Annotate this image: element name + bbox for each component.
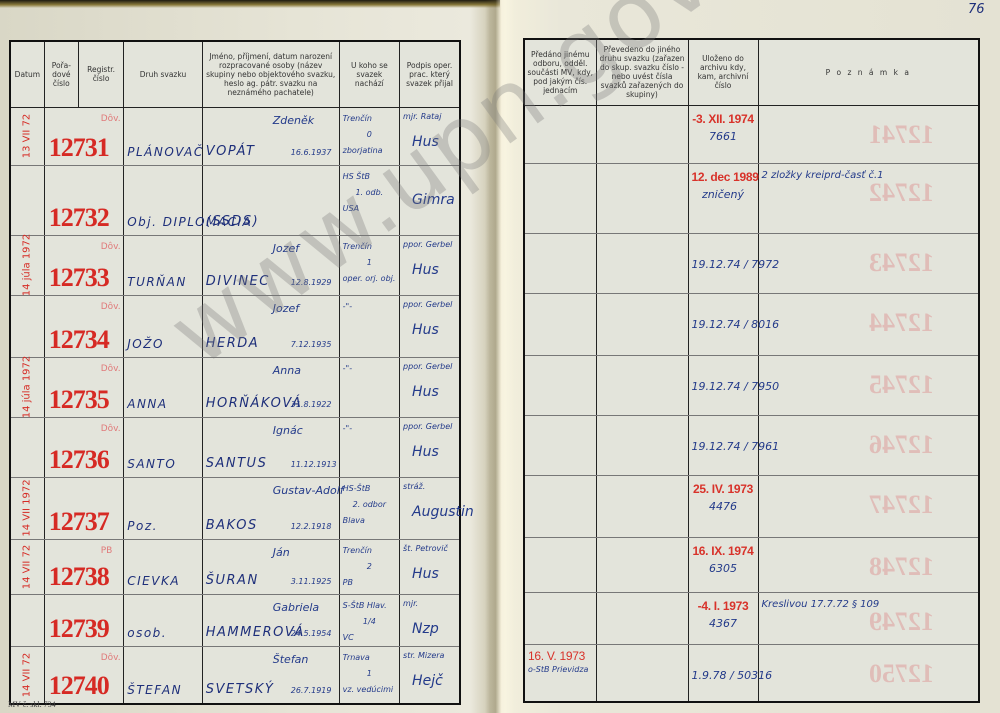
register-row: 14 VII 72 Dôv. 12740 ŠTEFAN Štefan SVETS…	[10, 646, 460, 704]
registration-number: 12736	[49, 445, 109, 475]
location-line-1: -"-	[343, 424, 396, 433]
date-cell: 14 VII 1972	[10, 477, 44, 539]
col-header-prevedeno: Převedeno do jiného druhu svazku (zařaze…	[596, 39, 688, 105]
officer-name: mjr.	[403, 599, 456, 608]
location-cell: -"-	[339, 295, 399, 357]
type-cell: JOŽO	[124, 295, 203, 357]
location-line-3: PB	[343, 578, 396, 587]
officer-name: ppor. Gerbel	[403, 240, 456, 249]
signature-cell: ppor. Gerbel Hus	[400, 417, 460, 477]
converted-cell	[596, 163, 688, 233]
number-cell: PB 12738	[44, 539, 124, 594]
converted-cell	[596, 233, 688, 293]
date-stamp: 14 VII 72	[22, 544, 33, 589]
date-stamp: 14 júla 1972	[22, 356, 33, 419]
archive-number: 19.12.74 / 7961	[692, 440, 755, 453]
archive-number: 1.9.78 / 50316	[692, 669, 755, 682]
officer-name: str. Mizera	[403, 651, 456, 660]
transferred-cell: 16. V. 1973 o-StB Prievidza	[524, 644, 596, 702]
location-cell: -"-	[339, 357, 399, 417]
archived-cell: 19.12.74 / 8016	[688, 293, 758, 355]
register-row-continuation: 25. IV. 1973 4476 12747	[524, 475, 979, 537]
bleed-through-stamp: 12746	[869, 430, 934, 460]
number-cell: Dôv. 12731	[44, 107, 124, 165]
bleed-through-stamp: 12749	[869, 607, 934, 637]
location-cell: Trenčín 0 zborjatina	[339, 107, 399, 165]
location-cell: Trenčín 2 PB	[339, 539, 399, 594]
archive-number: 19.12.74 / 7950	[692, 380, 755, 393]
prefix-label: Dôv.	[101, 364, 121, 374]
registration-number: 12735	[49, 385, 109, 415]
register-row: 14 júla 1972 Dôv. 12735 ANNA Anna HORŇÁK…	[10, 357, 460, 417]
birth-date: 31.8.1922	[291, 400, 336, 409]
archive-stamp: 16. IX. 1974	[692, 544, 755, 558]
date-stamp: 14 júla 1972	[22, 234, 33, 297]
register-row: Dôv. 12736 SANTO Ignác SANTUS 11.12.1913…	[10, 417, 460, 477]
first-name: Gabriela	[273, 601, 336, 614]
location-cell: HS ŠtB 1. odb. USA	[339, 165, 399, 235]
officer-name: stráž.	[403, 482, 456, 491]
signature-cell: št. Petrovič Hus	[400, 539, 460, 594]
signature-cell: str. Mizera Hejč	[400, 646, 460, 704]
codename: JOŽO	[127, 337, 199, 351]
transferred-cell	[524, 293, 596, 355]
signature: Hus	[412, 566, 456, 582]
register-row-continuation: -3. XII. 1974 7661 12741	[524, 105, 979, 163]
archived-cell: 12. dec 1989 zničený	[688, 163, 758, 233]
archive-number: 4367	[692, 617, 755, 630]
codename: ANNA	[127, 397, 199, 411]
note-cell: 2 zložky kreiprd-časť č.1 12742	[758, 163, 979, 233]
first-name: Zdeněk	[273, 114, 336, 127]
bleed-through-stamp: 12744	[869, 308, 934, 338]
person-cell: Jozef DIVINEC 12.8.1929	[202, 235, 339, 295]
archive-number: 6305	[692, 562, 755, 575]
registration-number: 12738	[49, 562, 109, 592]
archived-cell: 25. IV. 1973 4476	[688, 475, 758, 537]
register-row-continuation: 19.12.74 / 8016 12744	[524, 293, 979, 355]
officer-name: ppor. Gerbel	[403, 362, 456, 371]
col-header-predano: Předáno jinému odboru, odděl. součásti M…	[524, 39, 596, 105]
archive-stamp: 12. dec 1989	[692, 170, 755, 184]
location-line-1: S-ŠtB Hlav.	[343, 601, 396, 610]
right-header-row: Předáno jinému odboru, odděl. součásti M…	[524, 39, 979, 105]
register-row: 14 VII 1972 12737 Poz. Gustav-Adolf BAKO…	[10, 477, 460, 539]
bleed-through-stamp: 12747	[869, 490, 934, 520]
date-cell	[10, 165, 44, 235]
archive-number: 4476	[692, 500, 755, 513]
officer-name: št. Petrovič	[403, 544, 456, 553]
signature-cell: ppor. Gerbel Hus	[400, 295, 460, 357]
archived-cell: 16. IX. 1974 6305	[688, 537, 758, 592]
archive-stamp: -3. XII. 1974	[692, 112, 755, 126]
codename: Poz.	[127, 519, 199, 533]
bleed-through-stamp: 12743	[869, 248, 934, 278]
date-cell: 14 VII 72	[10, 646, 44, 704]
number-cell: Dôv. 12740	[44, 646, 124, 704]
signature: Gimra	[412, 192, 456, 208]
location-line-1: HS-ŠtB	[343, 484, 396, 493]
location-line-1: -"-	[343, 364, 396, 373]
birth-date: 16.6.1937	[291, 148, 336, 157]
left-register-table: Datum Pořa-dové číslo Registr. číslo Dru…	[9, 40, 461, 705]
location-line-2: 1. odb.	[343, 188, 396, 197]
location-cell: Trnava 1 vz. vedúcimi	[339, 646, 399, 704]
note-cell: 12743	[758, 233, 979, 293]
codename: osob.	[127, 626, 199, 640]
birth-date: 12.2.1918	[291, 522, 336, 531]
archive-stamp: 25. IV. 1973	[692, 482, 755, 496]
date-stamp: 14 VII 1972	[22, 479, 33, 536]
col-header-druh-svazku: Druh svazku	[124, 41, 203, 107]
first-name: Gustav-Adolf	[273, 484, 336, 497]
page-number: 76	[968, 2, 985, 17]
converted-cell	[596, 475, 688, 537]
converted-cell	[596, 644, 688, 702]
transferred-cell	[524, 475, 596, 537]
converted-cell	[596, 592, 688, 644]
officer-name: ppor. Gerbel	[403, 300, 456, 309]
birth-date: 26.7.1919	[291, 686, 336, 695]
converted-cell	[596, 293, 688, 355]
person-cell: Zdeněk VOPÁT 16.6.1937	[202, 107, 339, 165]
register-row-continuation: -4. I. 1973 4367 Kreslivou 17.7.72 § 109…	[524, 592, 979, 644]
converted-cell	[596, 537, 688, 592]
location-line-2: 0	[343, 130, 396, 139]
book-gutter	[485, 0, 515, 713]
signature: Hus	[412, 262, 456, 278]
prefix-label: PB	[101, 546, 113, 556]
bleed-through-stamp: 12741	[869, 120, 934, 150]
converted-cell	[596, 105, 688, 163]
location-line-2: 1	[343, 669, 396, 678]
codename: TURŇAN	[127, 275, 199, 289]
signature: Hus	[412, 134, 456, 150]
signature-cell: Gimra	[400, 165, 460, 235]
first-name: Jozef	[273, 242, 336, 255]
date-cell: 14 júla 1972	[10, 357, 44, 417]
form-footer: MV č. skl. 734	[8, 700, 56, 709]
register-row-continuation: 19.12.74 / 7972 12743	[524, 233, 979, 293]
birth-date: 3.11.1925	[291, 577, 336, 586]
register-row-continuation: 19.12.74 / 7950 12745	[524, 355, 979, 415]
date-cell	[10, 295, 44, 357]
note-cell: 12746	[758, 415, 979, 475]
archive-number: zničený	[692, 188, 755, 201]
birth-date: 24.5.1954	[291, 629, 336, 638]
officer-name: mjr. Rataj	[403, 112, 456, 121]
register-row: 14 júla 1972 Dôv. 12733 TURŇAN Jozef DIV…	[10, 235, 460, 295]
signature-cell: mjr. Rataj Hus	[400, 107, 460, 165]
note-cell: 12744	[758, 293, 979, 355]
date-cell	[10, 417, 44, 477]
prefix-label: Dôv.	[101, 424, 121, 434]
transferred-cell	[524, 233, 596, 293]
number-cell: 12732	[44, 165, 124, 235]
date-cell: 13 VII 72	[10, 107, 44, 165]
archived-cell: -4. I. 1973 4367	[688, 592, 758, 644]
surname: (SSDS)	[206, 214, 336, 229]
prefix-label: Dôv.	[101, 242, 121, 252]
registration-number: 12732	[49, 203, 109, 233]
converted-cell	[596, 355, 688, 415]
signature-cell: mjr. Nzp	[400, 594, 460, 646]
registration-number: 12740	[49, 671, 109, 701]
date-cell: 14 júla 1972	[10, 235, 44, 295]
archive-number: 19.12.74 / 8016	[692, 318, 755, 331]
bleed-through-stamp: 12750	[869, 659, 934, 689]
note-cell: 12741	[758, 105, 979, 163]
birth-date: 7.12.1935	[291, 340, 336, 349]
type-cell: PLÁNOVAČ	[124, 107, 203, 165]
signature: Hus	[412, 444, 456, 460]
ledger-spread: Datum Pořa-dové číslo Registr. číslo Dru…	[0, 0, 1000, 713]
number-cell: Dôv. 12734	[44, 295, 124, 357]
codename: ŠTEFAN	[127, 683, 199, 697]
signature-cell: ppor. Gerbel Hus	[400, 235, 460, 295]
note-cell: Kreslivou 17.7.72 § 109 12749	[758, 592, 979, 644]
location-line-2: 1	[343, 258, 396, 267]
location-line-1: Trnava	[343, 653, 396, 662]
type-cell: SANTO	[124, 417, 203, 477]
first-name: Ján	[273, 546, 336, 559]
registration-number: 12737	[49, 507, 109, 537]
note-cell: 12750	[758, 644, 979, 702]
type-cell: ANNA	[124, 357, 203, 417]
archive-number: 19.12.74 / 7972	[692, 258, 755, 271]
converted-cell	[596, 415, 688, 475]
location-line-3: vz. vedúcimi	[343, 685, 396, 694]
transferred-cell	[524, 537, 596, 592]
location-line-1: -"-	[343, 302, 396, 311]
person-cell: Štefan SVETSKÝ 26.7.1919	[202, 646, 339, 704]
archive-stamp: -4. I. 1973	[692, 599, 755, 613]
person-cell: Gabriela HAMMEROVÁ 24.5.1954	[202, 594, 339, 646]
codename: CIEVKA	[127, 574, 199, 588]
col-header-podpis: Podpis oper. prac. který svazek přijal	[400, 41, 460, 107]
type-cell: TURŇAN	[124, 235, 203, 295]
col-header-u-koho: U koho se svazek nachází	[339, 41, 399, 107]
date-cell	[10, 594, 44, 646]
type-cell: Poz.	[124, 477, 203, 539]
note-cell: 12748	[758, 537, 979, 592]
date-stamp: 14 VII 72	[22, 652, 33, 697]
transfer-stamp: 16. V. 1973	[528, 649, 593, 663]
number-cell: 12737	[44, 477, 124, 539]
prefix-label: Dôv.	[101, 302, 121, 312]
transferred-cell	[524, 355, 596, 415]
note-cell: 12747	[758, 475, 979, 537]
prefix-label: Dôv.	[101, 653, 121, 663]
right-register-table: Předáno jinému odboru, odděl. součásti M…	[523, 38, 980, 703]
date-stamp: 13 VII 72	[22, 114, 33, 159]
type-cell: osob.	[124, 594, 203, 646]
type-cell: CIEVKA	[124, 539, 203, 594]
signature: Hus	[412, 384, 456, 400]
codename: SANTO	[127, 457, 199, 471]
location-line-1: Trenčín	[343, 242, 396, 251]
signature: Hus	[412, 322, 456, 338]
bleed-through-stamp: 12745	[869, 370, 934, 400]
archived-cell: -3. XII. 1974 7661	[688, 105, 758, 163]
bleed-through-stamp: 12742	[869, 178, 934, 208]
number-cell: Dôv. 12733	[44, 235, 124, 295]
codename: Obj. DIPLOMACIA	[127, 215, 199, 229]
date-cell: 14 VII 72	[10, 539, 44, 594]
register-row: 12739 osob. Gabriela HAMMEROVÁ 24.5.1954…	[10, 594, 460, 646]
birth-date: 11.12.1913	[291, 460, 336, 469]
first-name: Jozef	[273, 302, 336, 315]
person-cell: Ignác SANTUS 11.12.1913	[202, 417, 339, 477]
register-row-continuation: 16. V. 1973 o-StB Prievidza 1.9.78 / 503…	[524, 644, 979, 702]
birth-date: 12.8.1929	[291, 278, 336, 287]
register-row: 13 VII 72 Dôv. 12731 PLÁNOVAČ Zdeněk VOP…	[10, 107, 460, 165]
left-page: Datum Pořa-dové číslo Registr. číslo Dru…	[9, 40, 461, 705]
archived-cell: 19.12.74 / 7961	[688, 415, 758, 475]
location-line-2: 2. odbor	[343, 500, 396, 509]
registration-number: 12731	[49, 133, 109, 163]
archived-cell: 19.12.74 / 7972	[688, 233, 758, 293]
transferred-cell	[524, 105, 596, 163]
location-cell: HS-ŠtB 2. odbor Blava	[339, 477, 399, 539]
location-line-2: 1/4	[343, 617, 396, 626]
col-header-jmeno: Jméno, příjmení, datum narození rozpraco…	[202, 41, 339, 107]
first-name: Štefan	[273, 653, 336, 666]
transferred-cell	[524, 415, 596, 475]
registration-number: 12734	[49, 325, 109, 355]
type-cell: Obj. DIPLOMACIA	[124, 165, 203, 235]
location-cell: -"-	[339, 417, 399, 477]
location-line-3: oper. orj. obj.	[343, 274, 396, 283]
signature: Hejč	[412, 673, 456, 689]
prefix-label: Dôv.	[101, 114, 121, 124]
signature: Nzp	[412, 621, 456, 637]
book-edge-shadow	[0, 0, 500, 8]
registration-number: 12739	[49, 614, 109, 644]
person-cell: Ján ŠURAN 3.11.1925	[202, 539, 339, 594]
location-cell: Trenčín 1 oper. orj. obj.	[339, 235, 399, 295]
col-header-poznamka: P o z n á m k a	[758, 39, 979, 105]
col-header-datum: Datum	[10, 41, 44, 107]
register-row: 12732 Obj. DIPLOMACIA (SSDS) HS ŠtB 1. o…	[10, 165, 460, 235]
first-name: Ignác	[273, 424, 336, 437]
signature: Augustin	[412, 504, 456, 520]
col-header-poradove-cislo: Pořa-dové číslo	[44, 41, 78, 107]
archive-number: 7661	[692, 130, 755, 143]
type-cell: ŠTEFAN	[124, 646, 203, 704]
register-row: 14 VII 72 PB 12738 CIEVKA Ján ŠURAN 3.11…	[10, 539, 460, 594]
right-page: Předáno jinému odboru, odděl. součásti M…	[523, 38, 980, 703]
archived-cell: 1.9.78 / 50316	[688, 644, 758, 702]
signature-cell: ppor. Gerbel Hus	[400, 357, 460, 417]
number-cell: 12739	[44, 594, 124, 646]
transfer-note: o-StB Prievidza	[528, 665, 593, 674]
registration-number: 12733	[49, 263, 109, 293]
person-cell: Jozef HERDA 7.12.1935	[202, 295, 339, 357]
person-cell: (SSDS)	[202, 165, 339, 235]
person-cell: Anna HORŇÁKOVÁ 31.8.1922	[202, 357, 339, 417]
officer-name: ppor. Gerbel	[403, 422, 456, 431]
left-header-row: Datum Pořa-dové číslo Registr. číslo Dru…	[10, 41, 460, 107]
person-cell: Gustav-Adolf BAKOS 12.2.1918	[202, 477, 339, 539]
location-line-2: 2	[343, 562, 396, 571]
bleed-through-stamp: 12748	[869, 552, 934, 582]
location-cell: S-ŠtB Hlav. 1/4 VC	[339, 594, 399, 646]
transferred-cell	[524, 592, 596, 644]
location-line-3: USA	[343, 204, 396, 213]
col-header-ulozeno: Uloženo do archivu kdy, kam, archivní čí…	[688, 39, 758, 105]
location-line-3: VC	[343, 633, 396, 642]
first-name: Anna	[273, 364, 336, 377]
transferred-cell	[524, 163, 596, 233]
number-cell: Dôv. 12735	[44, 357, 124, 417]
signature-cell: stráž. Augustin	[400, 477, 460, 539]
location-line-3: Blava	[343, 516, 396, 525]
note-cell: 12745	[758, 355, 979, 415]
location-line-1: Trenčín	[343, 546, 396, 555]
location-line-1: HS ŠtB	[343, 172, 396, 181]
location-line-1: Trenčín	[343, 114, 396, 123]
register-row-continuation: 12. dec 1989 zničený 2 zložky kreiprd-ča…	[524, 163, 979, 233]
number-cell: Dôv. 12736	[44, 417, 124, 477]
location-line-3: zborjatina	[343, 146, 396, 155]
register-row-continuation: 16. IX. 1974 6305 12748	[524, 537, 979, 592]
col-header-registr-cislo: Registr. číslo	[78, 41, 123, 107]
register-row: Dôv. 12734 JOŽO Jozef HERDA 7.12.1935 -"…	[10, 295, 460, 357]
archived-cell: 19.12.74 / 7950	[688, 355, 758, 415]
register-row-continuation: 19.12.74 / 7961 12746	[524, 415, 979, 475]
codename: PLÁNOVAČ	[127, 145, 199, 159]
